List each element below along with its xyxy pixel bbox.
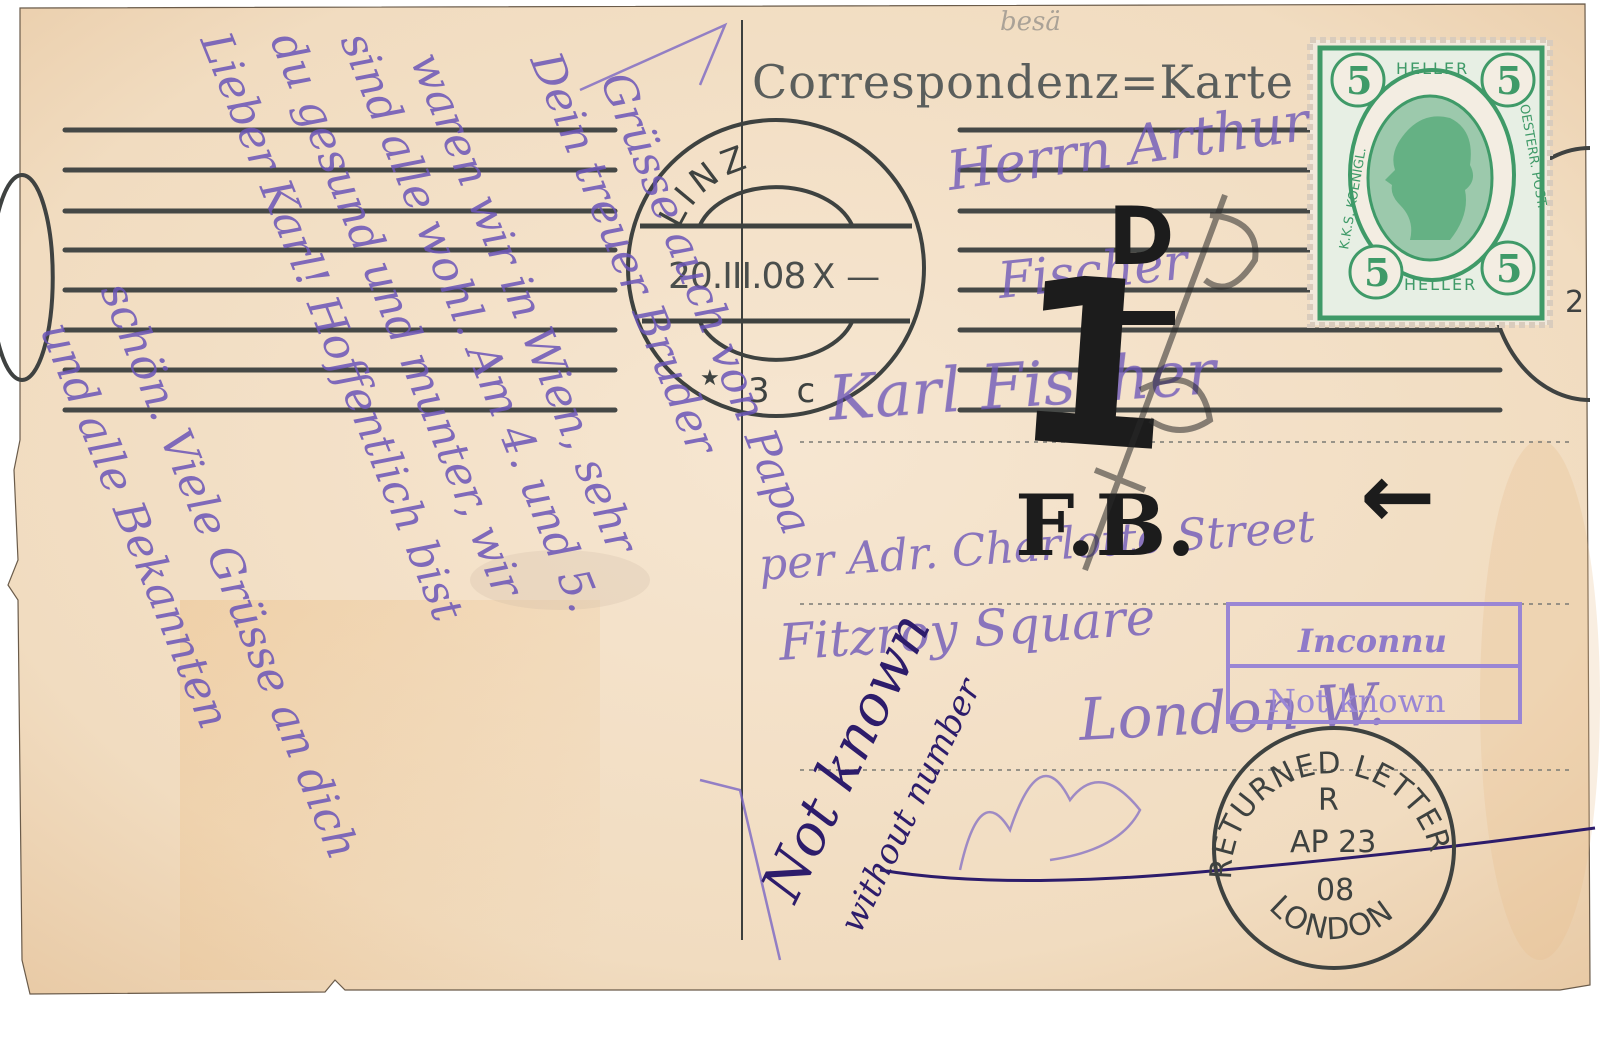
stamp-denomination-bl: 5 [1364, 250, 1390, 295]
stamp-denomination-tl: 5 [1346, 58, 1372, 103]
stamp-denomination-tr: 5 [1496, 58, 1522, 103]
postage-due-mark: F.B. [1015, 476, 1196, 575]
postage-stamp: 5 5 5 5 HELLER HELLER K.K.S. KOENIGL. OE… [1310, 40, 1550, 325]
pencil-note: besä [1000, 7, 1061, 37]
svg-text:2: 2 [1565, 285, 1584, 320]
postage-due-unit: D [1108, 190, 1174, 283]
rlo-date: AP 23 [1290, 825, 1376, 860]
stamp-denomination-br: 5 [1496, 246, 1522, 291]
rlo-letter: R [1318, 783, 1339, 818]
card-heading: Correspondenz=Karte [752, 55, 1294, 109]
not-known-label: Not known [1268, 682, 1446, 720]
postmark-time: X — [812, 257, 880, 297]
rlo-year: 08 [1316, 873, 1354, 908]
stamp-currency-bottom: HELLER [1404, 275, 1477, 294]
postcard-scan: besä Correspondenz=Karte 2 [0, 0, 1600, 1043]
stamp-currency-top: HELLER [1396, 59, 1469, 78]
inconnu-label: Inconnu [1297, 622, 1447, 660]
arrow-mark: ← [1360, 444, 1435, 549]
